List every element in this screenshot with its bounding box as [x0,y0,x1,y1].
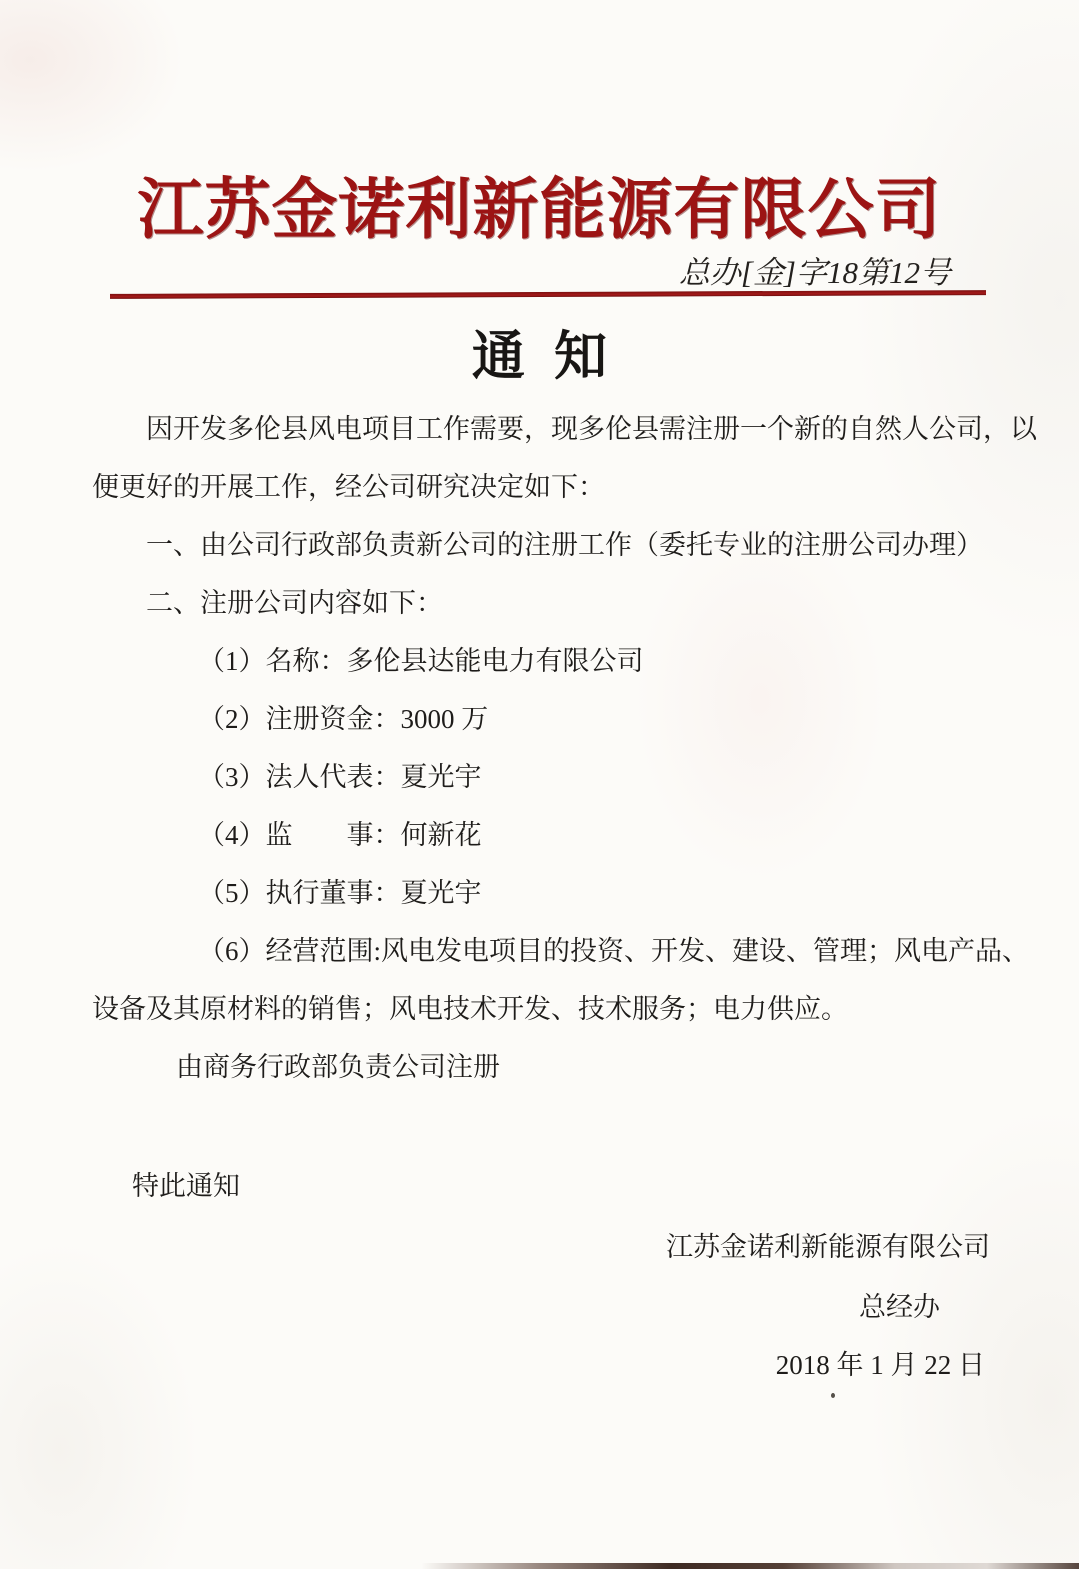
body-line: 二、注册公司内容如下： [92,574,990,632]
body-line: 便更好的开展工作，经公司研究决定如下： [92,458,990,516]
signature-company-name: 江苏金诺利新能源有限公司 [92,1215,990,1279]
body-line: （4）监 事：何新花 [92,806,990,864]
body-line: （2）注册资金：3000 万 [92,690,990,748]
body-line: 因开发多伦县风电项目工作需要，现多伦县需注册一个新的自然人公司，以 [92,400,990,458]
body-line: （3）法人代表：夏光宇 [92,748,990,806]
signature-department: 总经办 [92,1279,990,1335]
scan-artifact-dot [831,1393,835,1398]
document-reference-number: 总办[金]字18第12号 [679,247,951,292]
notice-title: 通知 [0,314,1079,390]
body-line: （5）执行董事：夏光宇 [92,864,990,922]
body-line: （6）经营范围:风电发电项目的投资、开发、建设、管理；风电产品、 [92,922,990,980]
body-line: 一、由公司行政部负责新公司的注册工作（委托专业的注册公司办理） [92,516,990,574]
closing-phrase: 特此通知 [92,1157,990,1215]
body-line: 设备及其原材料的销售；风电技术开发、技术服务；电力供应。 [92,980,990,1038]
scanned-notice-document: 江苏金诺利新能源有限公司 总办[金]字18第12号 通知 因开发多伦县风电项目工… [0,0,1079,1569]
signature-date: 2018 年 1 月 22 日 [92,1335,990,1395]
company-header-title: 江苏金诺利新能源有限公司 [0,156,1079,251]
notice-body: 因开发多伦县风电项目工作需要，现多伦县需注册一个新的自然人公司，以 便更好的开展… [92,400,990,1395]
body-line: 由商务行政部负责公司注册 [92,1038,990,1096]
red-divider-rule [110,290,986,299]
body-line: （1）名称：多伦县达能电力有限公司 [92,632,990,690]
scan-edge-artifact [421,1563,1079,1569]
